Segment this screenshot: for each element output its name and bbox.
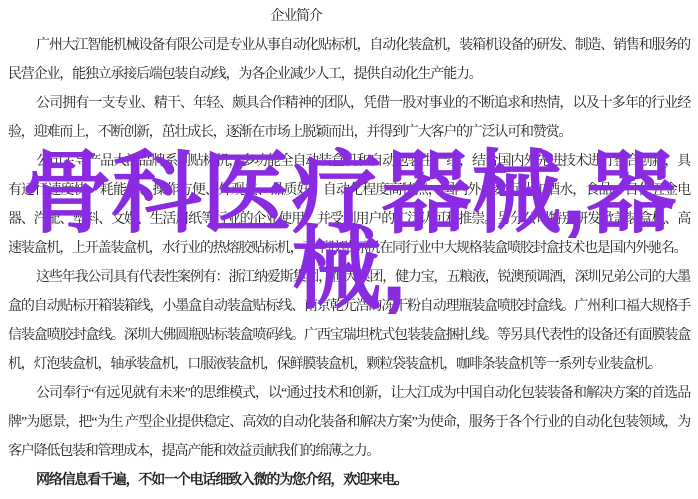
- paragraph-company-intro: 广州大江智能机械设备有限公司是专业从事自动化贴标机，自动化装盒机，装箱机设备的研…: [8, 31, 690, 89]
- company-profile-document: 企业简介 广州大江智能机械设备有限公司是专业从事自动化贴标机，自动化装盒机，装箱…: [0, 0, 698, 499]
- paragraph-team: 公司拥有一支专业、精干、年轻、颇具合作精神的团队，凭借一股对事业的不断追求和热情…: [8, 89, 690, 147]
- title-row: 企业简介: [8, 2, 584, 31]
- closing-line: 网络信息看千遍，不如一个电话细致入微的为您介绍，欢迎来电。: [8, 466, 690, 495]
- paragraph-products: 公司主导产品大江品牌系列贴标机，多功能全自动装盒机和自动包装生产线，结合国内外先…: [8, 147, 690, 263]
- page-title: 企业简介: [270, 9, 321, 24]
- paragraph-vision: 公司奉行“有远见就有未来”的思维模式，以“通过技术和创新，让大江成为中国自动化包…: [8, 379, 690, 466]
- paragraph-cases: 这些年我公司具有代表性案例有：浙江纳爱斯集团，恒大集团，健力宝，五粮液，锐澳预调…: [8, 263, 690, 379]
